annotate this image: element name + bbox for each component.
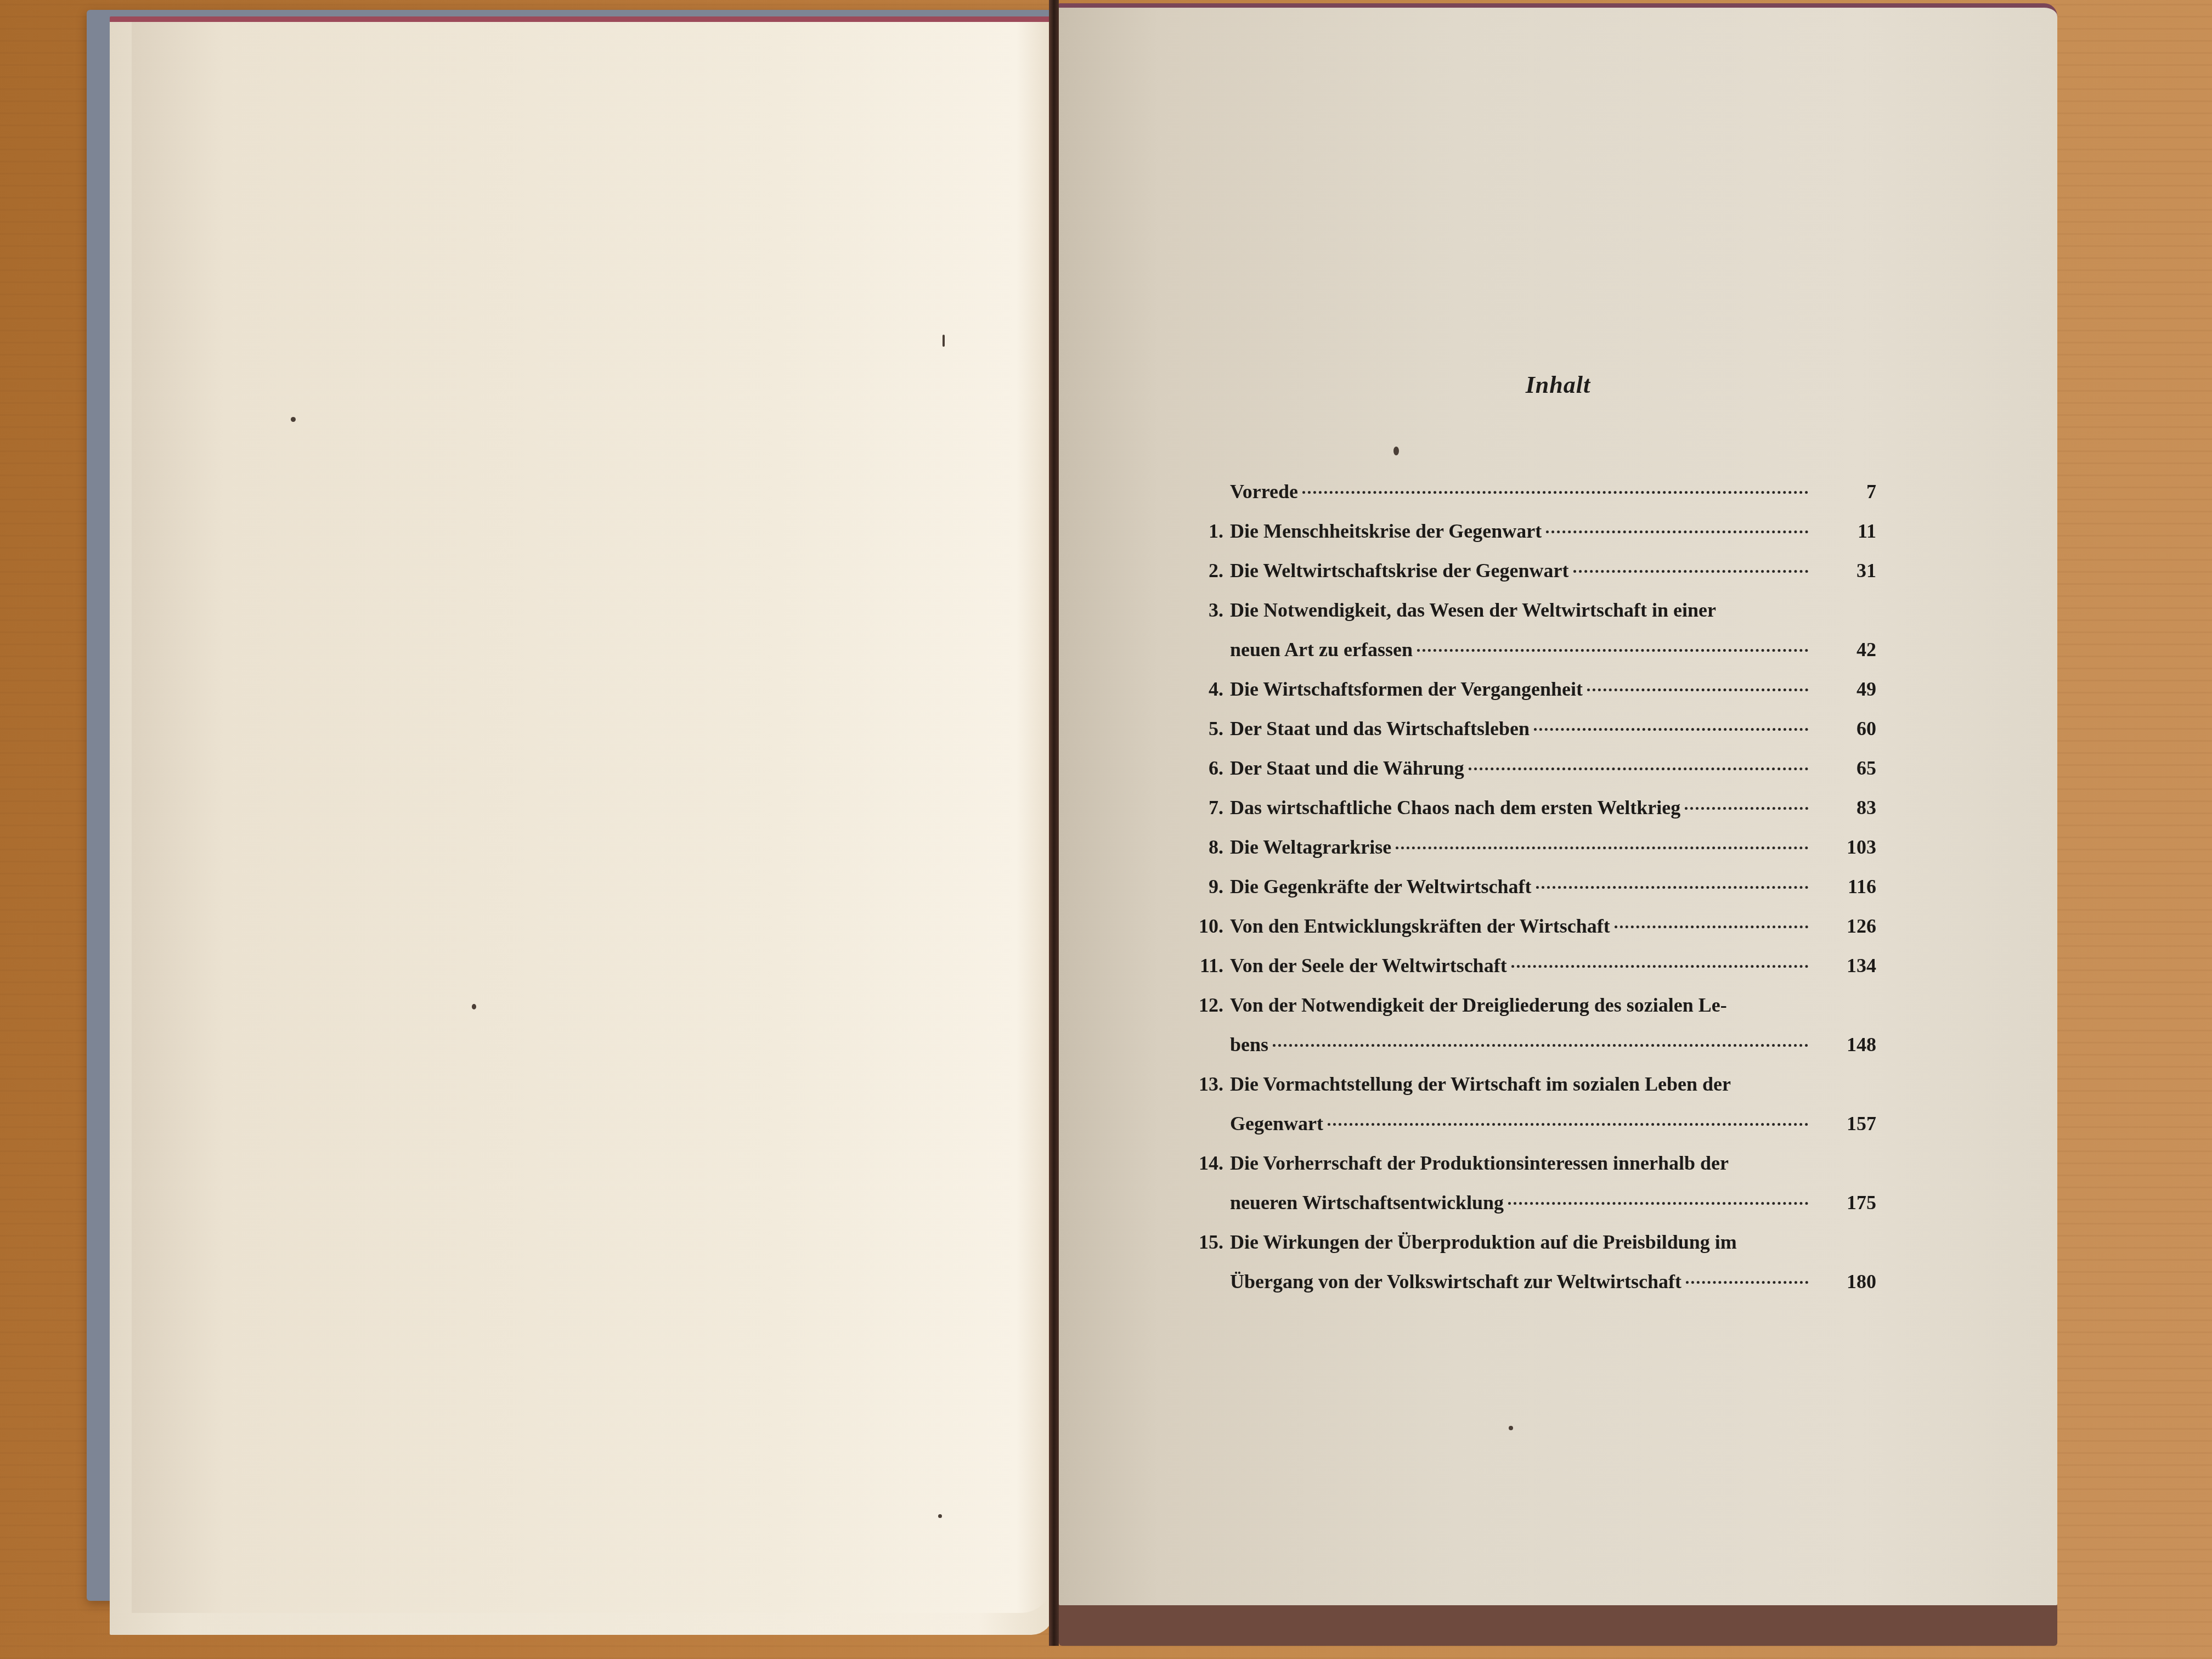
paper-speck: [1509, 1426, 1513, 1430]
toc-entry-title: Die Weltagrarkrise: [1230, 827, 1391, 867]
toc-leader-dots: [1534, 728, 1808, 731]
toc-page-number: 11: [1816, 511, 1876, 551]
toc-page-number: 175: [1816, 1183, 1876, 1222]
toc-entry: 15.Die Wirkungen der Überproduktion auf …: [1180, 1222, 1876, 1301]
toc-entry-title: Die Wirkungen der Überproduktion auf die…: [1230, 1222, 1737, 1262]
toc-leader-dots: [1328, 1123, 1808, 1126]
toc-entry: 14.Die Vorherrschaft der Produktionsinte…: [1180, 1143, 1876, 1222]
toc-page-number: 134: [1816, 946, 1876, 985]
toc-leader-dots: [1302, 491, 1808, 494]
toc-entry-title: Die Notwendigkeit, das Wesen der Weltwir…: [1230, 590, 1716, 630]
toc-entry: 12.Von der Notwendigkeit der Dreiglieder…: [1180, 985, 1876, 1064]
toc-entry-number: 2.: [1180, 559, 1230, 582]
toc-entry-title: Die Menschheitskrise der Gegenwart: [1230, 511, 1542, 551]
toc-leader-dots: [1417, 649, 1808, 652]
toc-entry-number: 3.: [1180, 599, 1230, 622]
toc-page-number: 42: [1816, 630, 1876, 669]
toc-page-number: 65: [1816, 748, 1876, 788]
toc-entry-number: 11.: [1180, 954, 1230, 977]
toc-page-number: 103: [1816, 827, 1876, 867]
toc-entry: 8.Die Weltagrarkrise103: [1180, 827, 1876, 867]
toc-entry-title: neuen Art zu erfassen: [1230, 630, 1413, 669]
toc-entry: 4.Die Wirtschaftsformen der Vergangenhei…: [1180, 669, 1876, 709]
toc-entry-title: neueren Wirtschaftsentwicklung: [1230, 1183, 1504, 1222]
toc-entry-title: bens: [1230, 1025, 1268, 1064]
toc-entry-title: Die Gegenkräfte der Weltwirtschaft: [1230, 867, 1532, 906]
toc-page-number: 180: [1816, 1262, 1876, 1301]
toc-page-number: 157: [1816, 1104, 1876, 1143]
toc-page-number: 7: [1816, 472, 1876, 511]
toc-entry-number: 8.: [1180, 836, 1230, 859]
toc-entry-title: Das wirtschaftliche Chaos nach dem erste…: [1230, 788, 1680, 827]
toc-leader-dots: [1546, 531, 1808, 533]
toc-page-number: 116: [1816, 867, 1876, 906]
toc-page-number: 60: [1816, 709, 1876, 748]
toc-leader-dots: [1587, 689, 1808, 691]
toc-entry-number: 7.: [1180, 796, 1230, 819]
toc-entry-title: Von den Entwicklungskräften der Wirtscha…: [1230, 906, 1610, 946]
toc-leader-dots: [1396, 847, 1808, 849]
toc-leader-dots: [1469, 768, 1808, 770]
toc-entry-title: Die Vorherrschaft der Produktionsinteres…: [1230, 1143, 1729, 1183]
toc-entry: 5.Der Staat und das Wirtschaftsleben60: [1180, 709, 1876, 748]
toc-leader-dots: [1511, 965, 1808, 968]
paper-speck: [472, 1004, 476, 1009]
toc-entry-title: Die Weltwirtschaftskrise der Gegenwart: [1230, 551, 1569, 590]
toc-entry: 7.Das wirtschaftliche Chaos nach dem ers…: [1180, 788, 1876, 827]
toc-entry-title: Vorrede: [1230, 472, 1298, 511]
toc-leader-dots: [1615, 926, 1808, 928]
toc-entry: 10.Von den Entwicklungskräften der Wirts…: [1180, 906, 1876, 946]
paper-speck: [291, 417, 296, 422]
toc-leader-dots: [1685, 807, 1808, 810]
book-gutter: [1049, 0, 1059, 1646]
toc-entry-number: 10.: [1180, 915, 1230, 938]
toc-leader-dots: [1273, 1044, 1808, 1047]
toc-entry-number: 6.: [1180, 757, 1230, 780]
paper-speck: [1393, 447, 1399, 455]
toc-entry-title: Übergang von der Volkswirtschaft zur Wel…: [1230, 1262, 1681, 1301]
toc-entry: 2.Die Weltwirtschaftskrise der Gegenwart…: [1180, 551, 1876, 590]
toc-entry: 13.Die Vormachtstellung der Wirtschaft i…: [1180, 1064, 1876, 1143]
toc-entry-number: 12.: [1180, 994, 1230, 1017]
toc-entry-title: Der Staat und die Währung: [1230, 748, 1464, 788]
left-page-blank: [132, 22, 1053, 1613]
toc-entry-number: 5.: [1180, 717, 1230, 740]
toc-page-number: 31: [1816, 551, 1876, 590]
toc-leader-dots: [1536, 886, 1808, 889]
toc-entry: 11.Von der Seele der Weltwirtschaft134: [1180, 946, 1876, 985]
toc-entry-number: 15.: [1180, 1231, 1230, 1254]
toc-entry-title: Von der Seele der Weltwirtschaft: [1230, 946, 1507, 985]
toc-heading: Inhalt: [1059, 371, 2057, 399]
paper-speck: [943, 335, 945, 347]
toc-list: Vorrede71.Die Menschheitskrise der Gegen…: [1180, 472, 1876, 1301]
toc-entry: 1.Die Menschheitskrise der Gegenwart11: [1180, 511, 1876, 551]
toc-entry-title: Gegenwart: [1230, 1104, 1323, 1143]
toc-leader-dots: [1508, 1202, 1808, 1205]
toc-leader-dots: [1686, 1281, 1808, 1284]
toc-page-number: 83: [1816, 788, 1876, 827]
toc-entry-number: 9.: [1180, 875, 1230, 898]
toc-entry-number: 1.: [1180, 520, 1230, 543]
toc-page-number: 148: [1816, 1025, 1876, 1064]
toc-entry-number: 13.: [1180, 1073, 1230, 1096]
toc-entry-number: 4.: [1180, 678, 1230, 701]
toc-entry: Vorrede7: [1180, 472, 1876, 511]
toc-entry: 9.Die Gegenkräfte der Weltwirtschaft116: [1180, 867, 1876, 906]
paper-speck: [938, 1514, 942, 1518]
toc-page-number: 49: [1816, 669, 1876, 709]
toc-leader-dots: [1573, 570, 1808, 573]
toc-entry-number: 14.: [1180, 1152, 1230, 1175]
toc-entry-title: Von der Notwendigkeit der Dreigliederung…: [1230, 985, 1727, 1025]
toc-entry-title: Die Wirtschaftsformen der Vergangenheit: [1230, 669, 1583, 709]
toc-entry-title: Der Staat und das Wirtschaftsleben: [1230, 709, 1530, 748]
toc-entry-title: Die Vormachtstellung der Wirtschaft im s…: [1230, 1064, 1731, 1104]
toc-entry: 6.Der Staat und die Währung65: [1180, 748, 1876, 788]
toc-page-number: 126: [1816, 906, 1876, 946]
toc-entry: 3.Die Notwendigkeit, das Wesen der Weltw…: [1180, 590, 1876, 669]
